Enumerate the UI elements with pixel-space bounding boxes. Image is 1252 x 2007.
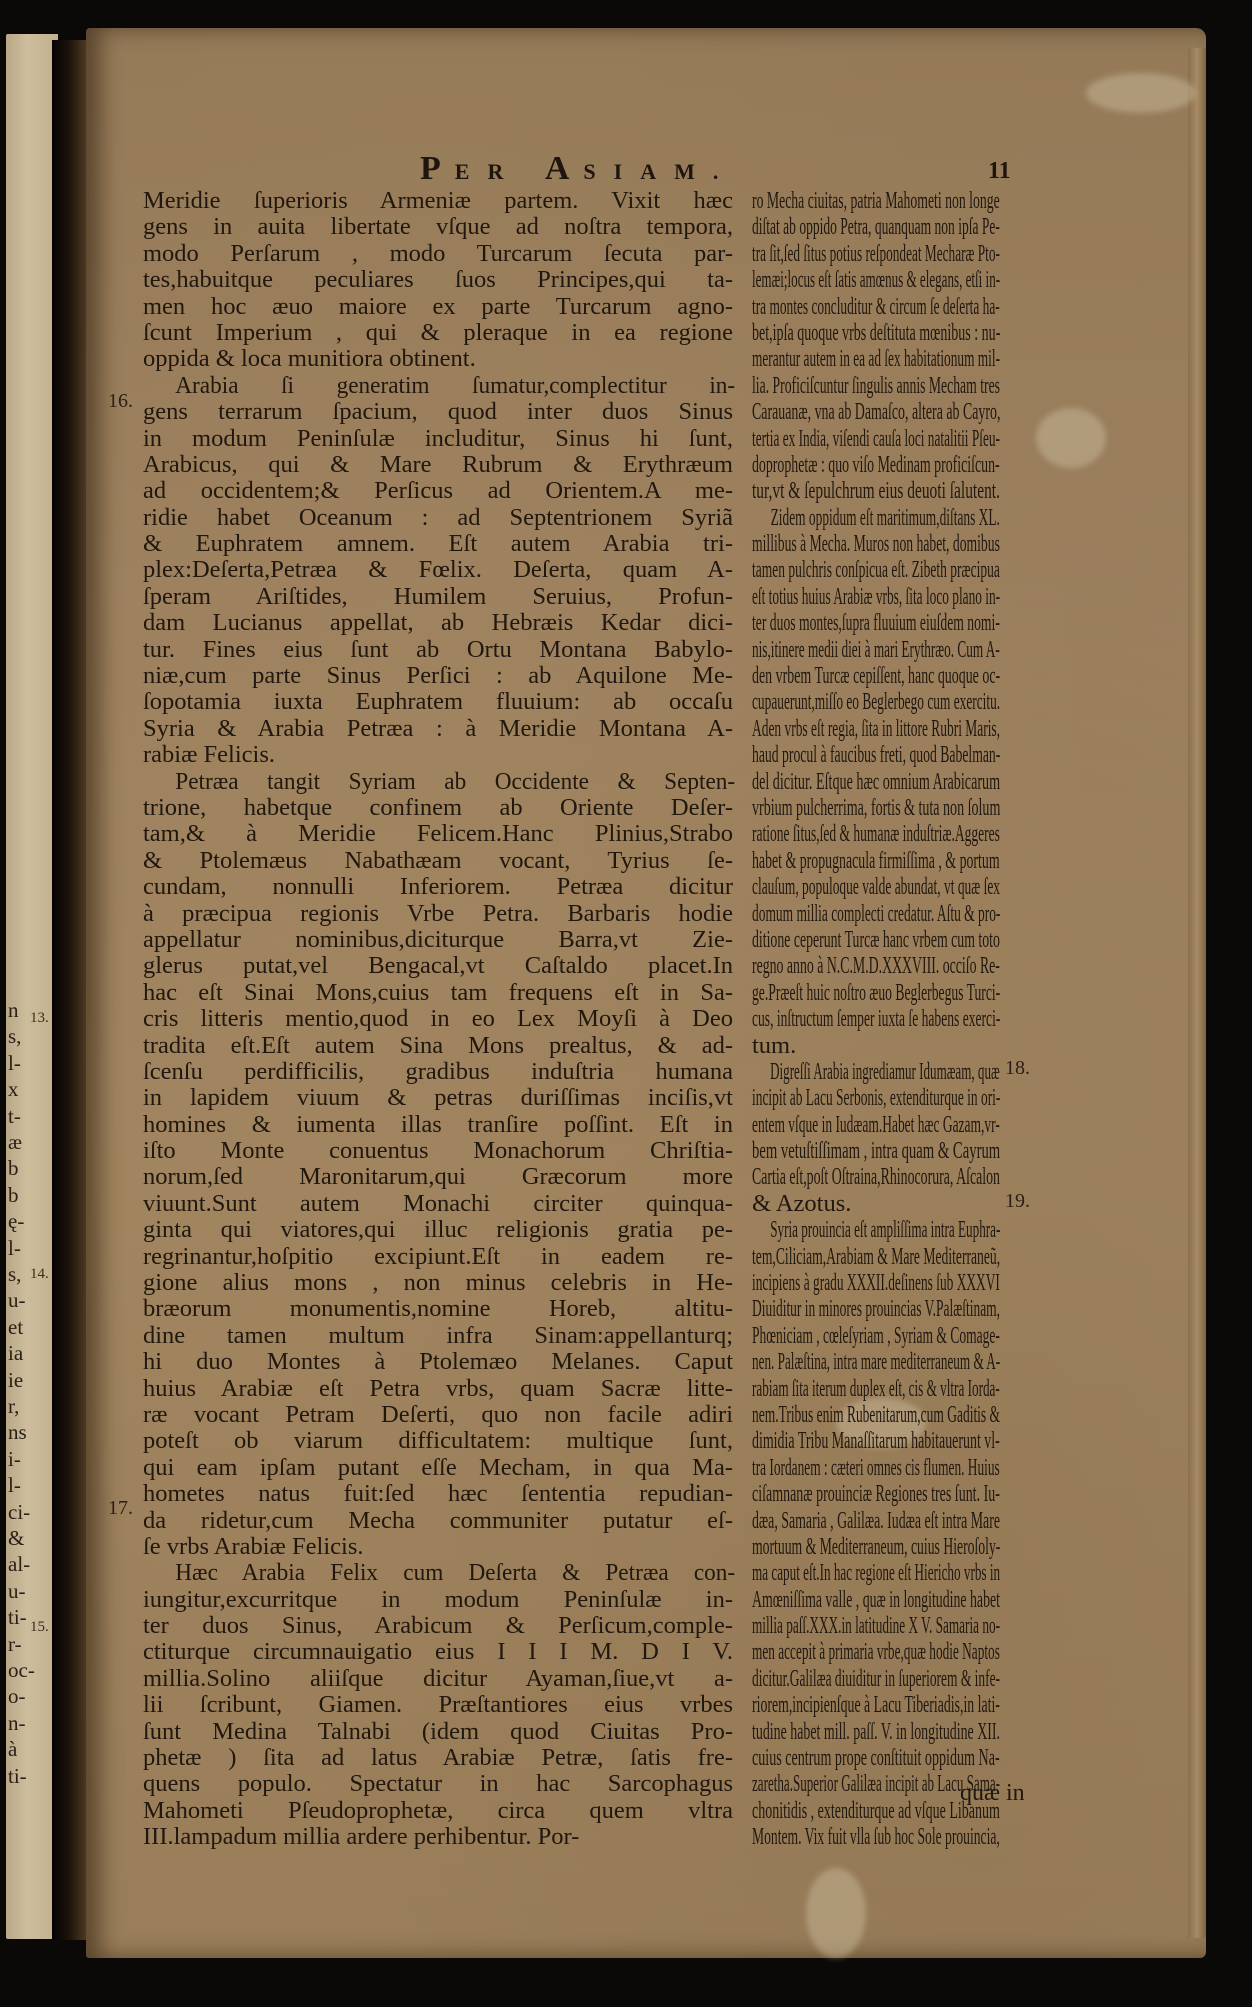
text-line: gione alius mons , non minus celebris in… [143,1270,733,1296]
text-line: Zidem oppidum eſt maritimum,diſtans XL. [752,505,905,531]
facing-page-text-fragment: l- [8,1475,21,1496]
text-line: rabiam ſita iterum duplex eſt, cis & vlt… [752,1376,884,1402]
facing-page-text-fragment: et [8,1317,23,1338]
text-line: mortuum & Mediterraneum, cuius Hieroſoly… [752,1534,890,1560]
facing-page-edge: ns,l-xt-æbbę-l-s,u-etiaier,nsi-l-ci-&al-… [6,34,58,1939]
facing-page-text-fragment: i- [8,1449,21,1470]
text-line: eſt totius huius Arabiæ vrbs, ſita loco … [752,584,886,610]
text-line: hometes natus fuit:ſed hæc ſententia rep… [143,1481,733,1507]
text-line: iungitur,excurritque in modum Peninſulæ … [143,1587,733,1613]
section-number-18: 18. [1005,1057,1030,1080]
text-line: cuius centrum prope conſtituit oppidum N… [752,1745,893,1771]
facing-page-text-fragment: oc- [8,1660,35,1681]
text-line: bem vetuſtiſſimam , intra quam & Cayrum [752,1138,899,1164]
text-line: doprophetæ : quo viſo Medinam proficiſcu… [752,452,891,478]
text-line: ro Mecha ciuitas, patria Mahometi non lo… [752,188,890,214]
left-text-column: Meridie ſuperioris Armeniæ partem. Vixit… [143,188,735,1851]
text-line: Carauanæ, vna ab Damaſco, altera ab Cayr… [752,399,892,425]
text-line: tamen pulchris conſpicua eſt. Zibeth præ… [752,557,888,583]
facing-page-section-number: 15. [30,1619,49,1636]
paper-stain [806,1868,866,1958]
facing-page-text-fragment: & [8,1528,24,1549]
text-line: den vrbem Turcæ cepiſſent, hanc quoque o… [752,663,892,689]
text-line: tra Iordanem : cæteri omnes cis flumen. … [752,1455,886,1481]
text-line: ſcenſu perdifficilis, gradibus induſtria… [143,1059,733,1085]
facing-page-text-fragment: ie [8,1370,23,1391]
facing-page-text-fragment: s, [8,1264,21,1285]
text-line: in lapidem viuum & petras duriſſimas inc… [143,1085,733,1111]
text-line: & Ptolemæus Nabathæam vocant, Tyrius ſe- [143,848,733,874]
text-line: ge.Præeſt huic noſtro æuo Beglerbegus Tu… [752,980,889,1006]
text-line: & Euphratem amnem. Eſt autem Arabia tri- [143,531,733,557]
running-head-initial: P [420,150,455,187]
catchword: quæ in [960,1780,1025,1806]
text-line: Meridie ſuperioris Armeniæ partem. Vixit… [143,188,733,214]
text-line: ſperam Ariſtides, Humilem Seruius, Profu… [143,584,733,610]
text-line: plex:Deſerta,Petræa & Fœlix. Deſerta, qu… [143,557,733,583]
paper-stain [1086,73,1196,113]
text-line: clauſum, populoque valde abundat, vt quæ… [752,874,887,900]
text-line: ma caput eſt.In hac regione eſt Hiericho… [752,1560,884,1586]
facing-page-text-fragment: n [8,1000,19,1021]
text-line: ſunt Medina Talnabi (idem quod Ciuitas P… [143,1719,733,1745]
facing-page-text-fragment: ti- [8,1766,27,1787]
text-line: niæ,cum parte Sinus Perſici : ab Aquilon… [143,663,733,689]
text-line: bet,ipſa quoque vrbs deſtituta mœnibus :… [752,320,893,346]
text-line: tem,Ciliciam,Arabiam & Mare Mediterraneũ… [752,1244,889,1270]
text-line: ter duos montes,ſupra fluuium eiuſdem no… [752,610,889,636]
text-line: modo Perſarum , modo Turcarum ſecuta par… [143,241,733,267]
text-line: poteſt ob viarum difficultatem: multique… [143,1428,733,1454]
text-line: ginta qui viatores,qui illuc religionis … [143,1217,733,1243]
facing-page-section-number: 13. [30,1010,49,1027]
text-line: Syria & Arabia Petræa : à Meridie Montan… [143,716,733,742]
facing-page-text-fragment: ns [8,1422,27,1443]
section-number-17: 17. [108,1497,133,1520]
text-line: cundam, nonnulli Inferiorem. Petræa dici… [143,874,733,900]
text-line: Hæc Arabia Felix cum Deſerta & Petræa co… [143,1560,735,1586]
text-line: ad occidentem;& Perſicus ad Orientem.A m… [143,478,733,504]
text-line: rabiæ Felicis. [143,742,733,768]
text-line: merantur autem in ea ad ſex habitationum… [752,346,886,372]
text-line: cris litteris mentio,quod in eo Lex Moyſ… [143,1006,733,1032]
text-line: regrinantur,hoſpitio excipiunt.Eſt in ea… [143,1244,733,1270]
text-line: Montem. Vix fuit vlla ſub hoc Sole proui… [752,1824,889,1850]
facing-page-text-fragment: b [8,1185,19,1206]
text-line: dine tamen multum infra Sinam:appellantu… [143,1323,733,1349]
page-fore-edge [1188,48,1206,1938]
running-head-word2: SIAM. [583,159,736,184]
text-line: tertia ex India, viſendi cauſa loci nata… [752,426,886,452]
text-line: chonitidis , extenditurque ad vſque Liba… [752,1798,892,1824]
text-line: ſopotamia iuxta Euphratem fluuium: ab oc… [143,689,733,715]
text-line: millia.Solino aliiſque dicitur Ayaman,ſi… [143,1666,733,1692]
text-line: dæa, Samaria , Galilæa. Iudæa eſt intra … [752,1508,891,1534]
text-line: tra montes concluditur & circum ſe deſer… [752,294,886,320]
text-line: diſtat ab oppido Petra, quanquam non ipſ… [752,214,888,240]
section-number-16: 16. [108,390,133,413]
facing-page-text-fragment: l- [8,1238,21,1259]
text-line: tum. [752,1033,998,1059]
text-line: Digreſſi Arabia ingrediamur Idumæam, quæ [752,1059,901,1085]
running-head-initial2: A [545,150,584,187]
text-line: dimidia Tribu Manaſſitarum habitauerunt … [752,1428,892,1454]
text-line: tes,habuitque peculiares ſuos Principes,… [143,267,733,293]
right-text-column: ro Mecha ciuitas, patria Mahometi non lo… [752,188,1000,1851]
text-line: ctiturque circumnauigatio eius I I I M. … [143,1639,733,1665]
section-number-19: 19. [1005,1190,1030,1213]
text-line: iſto Monte conuentus Monachorum Chriſtia… [143,1138,733,1164]
text-line: nis,itinere medii diei à mari Erythræo. … [752,637,885,663]
text-line: à præcipua regionis Vrbe Petra. Barbaris… [143,901,733,927]
text-line: men accepit à primaria vrbe,quæ hodie Na… [752,1639,886,1665]
text-line: domum millia complecti credatur. Aſtu & … [752,901,887,927]
facing-page-text-fragment: o- [8,1686,26,1707]
page-number: 11 [988,158,1011,185]
facing-page-text-fragment: r, [8,1396,19,1417]
running-head-word1: ER [455,159,545,184]
text-line: regno anno à N.C.M.D.XXXVIII. occiſo Re- [752,953,891,979]
text-line: tur,vt & ſepulchrum eius deuoti ſalutent… [752,478,907,504]
text-line: incipiens à gradu XXXII.deſinens ſub XXX… [752,1270,887,1296]
text-line: tudine habet mill. paſſ. V. in longitudi… [752,1719,892,1745]
text-line: tam,& à Meridie Felicem.Hanc Plinius,Str… [143,821,733,847]
text-line: ſcunt Imperium , qui & pleraque in ea re… [143,320,733,346]
text-line: cus, inſtructum ſemper iuxta ſe habens e… [752,1006,888,1032]
facing-page-text-fragment: ci- [8,1502,30,1523]
facing-page-text-fragment: l- [8,1053,21,1074]
facing-page-text-fragment: t- [8,1106,21,1127]
facing-page-text-fragment: u- [8,1290,26,1311]
text-line: III.lampadum millia ardere perhibentur. … [143,1824,733,1850]
text-line: ridie habet Oceanum : ad Septentrionem S… [143,505,733,531]
text-line: ratione ſitus,ſed & humanæ induſtriæ.Agg… [752,821,888,847]
text-line: ciſamnanæ prouinciæ Regiones tres ſunt. … [752,1481,892,1507]
facing-page-text-fragment: s, [8,1026,21,1047]
text-line: Arabicus, qui & Mare Rubrum & Erythræum [143,452,733,478]
text-line: ſe vrbs Arabiæ Felicis. [143,1534,733,1560]
text-line: men hoc æuo maiore ex parte Turcarum agn… [143,294,733,320]
facing-page-text-fragment: à [8,1739,17,1760]
text-line: ter duos Sinus, Arabicum & Perſicum,comp… [143,1613,733,1639]
text-line: riorem,incipienſque à Lacu Tiberiadis,in… [752,1692,891,1718]
text-line: Aden vrbs eſt regia, ſita in littore Rub… [752,716,887,742]
text-line: lia. Proficiſcuntur ſingulis annis Mecha… [752,373,890,399]
text-line: cupauerunt,miſſo eo Beglerbego cum exerc… [752,689,886,715]
text-line: & Azotus. [752,1191,998,1217]
facing-page-text-fragment: ti- [8,1607,27,1628]
text-line: appellatur nominibus,diciturque Barra,vt… [143,927,733,953]
text-line: in modum Peninſulæ includitur, Sinus hi … [143,426,733,452]
text-line: qui eam ipſam putant eſſe Mecham, in qua… [143,1455,733,1481]
facing-page-text-fragment: n- [8,1713,26,1734]
text-line: hi duo Montes à Ptolemæo Melanes. Caput [143,1349,733,1375]
facing-page-text-fragment: x [8,1079,19,1100]
text-line: norum,ſed Maronitarum,qui Græcorum more [143,1164,733,1190]
text-line: incipit ab Lacu Serbonis, extenditurque … [752,1085,887,1111]
text-line: da ridetur,cum Mecha communiter putatur … [143,1508,733,1534]
text-line: viuunt.Sunt autem Monachi circiter quinq… [143,1191,733,1217]
text-line: millia paſſ.XXX.in latitudine X V. Samar… [752,1613,885,1639]
text-line: glerus putat,vel Bengacal,vt Caſtaldo pl… [143,953,733,979]
text-line: bræorum monumentis,nomine Horeb, altitu- [143,1296,733,1322]
text-line: Cartia eſt,poſt Oſtraina,Rhinocorura, Aſ… [752,1164,891,1190]
text-line: quens populo. Spectatur in hac Sarcophag… [143,1771,733,1797]
text-line: tra ſit,ſed ſitus potius reſpondeat Mech… [752,241,886,267]
text-line: Phœniciam , cœleſyriam , Syriam & Comage… [752,1323,888,1349]
text-line: huius Arabiæ eſt Petra vrbs, quam Sacræ … [143,1376,733,1402]
text-line: dam Lucianus appellat, ab Hebræis Kedar … [143,610,733,636]
text-line: Mahometi Pſeudoprophetæ, circa quem vltr… [143,1798,733,1824]
facing-page-section-number: 14. [30,1266,49,1283]
text-line: ræ vocant Petram Deſerti, quo non facile… [143,1402,733,1428]
facing-page-text-fragment: æ [8,1132,22,1153]
facing-page-text-fragment: ia [8,1343,23,1364]
text-line: entem vſque in Iudæam.Habet hæc Gazam,vr… [752,1112,887,1138]
text-line: Diuiditur in minores prouincias V.Palæſt… [752,1296,887,1322]
text-line: dicitur.Galilæa diuiditur in ſuperiorem … [752,1666,887,1692]
text-line: Syria prouincia eſt ampliſſima intra Eup… [752,1217,902,1243]
text-line: trione, habetque confinem ab Oriente Deſ… [143,795,733,821]
running-head: PER ASIAM. [420,150,736,188]
text-line: Amœniſſima valle , quæ in longitudine ha… [752,1587,891,1613]
text-line: millibus à Mecha. Muros non habet, domib… [752,531,889,557]
text-line: gens in auita libertate vſque ad noſtra … [143,214,733,240]
text-line: del dicitur. Eſtque hæc omnium Arabicaru… [752,769,894,795]
text-line: habet & propugnacula firmiſſima , & port… [752,848,891,874]
text-line: tur. Fines eius ſunt ab Ortu Montana Bab… [143,637,733,663]
facing-page-text-fragment: r- [8,1634,22,1655]
text-line: Petræa tangit Syriam ab Occidente & Sept… [143,769,735,795]
text-line: oppida & loca munitiora obtinent. [143,346,733,372]
facing-page-text-fragment: u- [8,1581,26,1602]
text-line: ditione ceperunt Turcæ hanc vrbem cum to… [752,927,891,953]
text-line: vrbium pulcherrima, fortis & tuta non ſo… [752,795,893,821]
facing-page-text-fragment: al- [8,1554,30,1575]
text-line: gens terrarum ſpacium, quod inter duos S… [143,399,733,425]
text-line: nen. Palæſtina, intra mare mediterraneum… [752,1349,884,1375]
text-line: hac eſt Sinai Mons,cuius tam frequens eſ… [143,980,733,1006]
text-line: tradita eſt.Eſt autem Sina Mons prealtus… [143,1033,733,1059]
text-line: Arabia ſi generatim ſumatur,complectitur… [143,373,735,399]
text-line: lii ſcribunt, Giamen. Præſtantiores eius… [143,1692,733,1718]
text-line: zaretha.Superior Galilæa incipit ab Lacu… [752,1771,883,1797]
text-line: haud procul à faucibus freti, quod Babel… [752,742,890,768]
text-line: phetæ ) ſita ad latus Arabiæ Petræ, ſati… [143,1745,733,1771]
text-line: homines & iumenta illas tranſire poſſint… [143,1112,733,1138]
text-line: lemæi;locus eſt ſatis amœnus & elegans, … [752,267,883,293]
text-line: nem.Tribus enim Rubenitarum,cum Gaditis … [752,1402,887,1428]
facing-page-text-fragment: b [8,1158,19,1179]
facing-page-text-fragment: ę- [8,1211,24,1232]
paper-stain [1036,408,1106,468]
